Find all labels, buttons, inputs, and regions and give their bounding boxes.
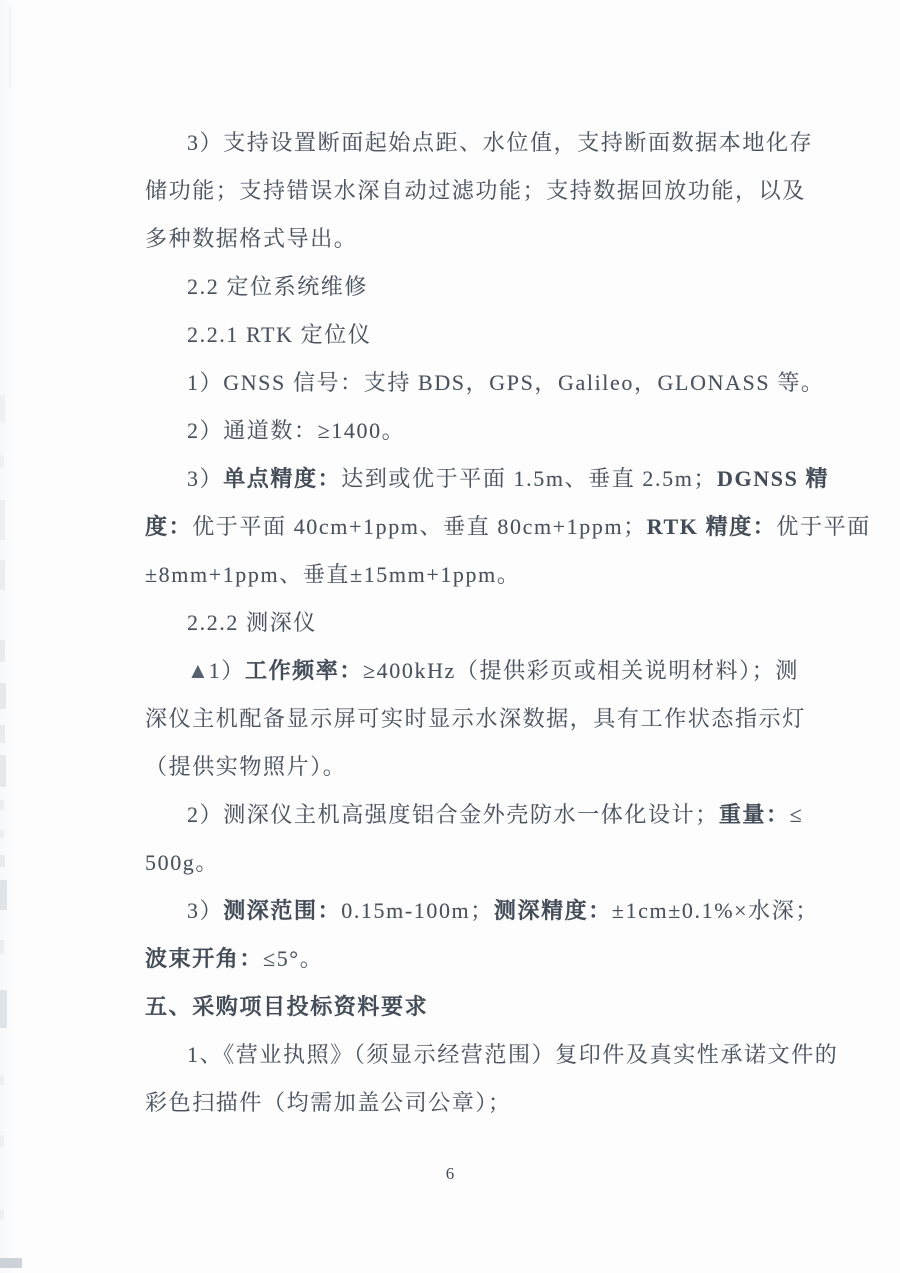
clause-housing-weight-line: 500g。 (145, 839, 770, 887)
clause-3-section-data-features-line: 多种数据格式导出。 (145, 215, 770, 263)
document-body: 3）支持设置断面起始点距、水位值，支持断面数据本地化存储功能；支持错误水深自动过… (145, 119, 770, 1127)
heading-2-2-2-echo-sounder-line: 2.2.2 测深仪 (145, 599, 770, 647)
scan-smudge (0, 683, 6, 709)
scan-smudge (0, 1075, 4, 1085)
clause-point-accuracy-line: 度：优于平面 40cm+1ppm、垂直 80cm+1ppm；RTK 精度：优于平… (145, 503, 770, 551)
clause-business-license-line: 1、《营业执照》（须显示经营范围）复印件及真实性承诺文件的 (145, 1031, 770, 1079)
clause-working-frequency-line: 深仪主机配备显示屏可实时显示水深数据，具有工作状态指示灯 (145, 695, 770, 743)
scan-smudge (0, 1135, 4, 1147)
heading-section-5-bid-documents-line: 五、采购项目投标资料要求 (145, 983, 770, 1031)
clause-working-frequency-line: ▲1）工作频率：≥400kHz（提供彩页或相关说明材料）；测 (145, 647, 770, 695)
clause-channel-count-line: 2）通道数：≥1400。 (145, 407, 770, 455)
scan-smudge (0, 940, 4, 954)
heading-2-2-positioning-system-line: 2.2 定位系统维修 (145, 263, 770, 311)
scan-smudge (0, 880, 7, 910)
clause-business-license-line: 彩色扫描件（均需加盖公司公章）； (145, 1079, 770, 1127)
scan-smudge (0, 830, 4, 838)
clause-point-accuracy-line: 3）单点精度：达到或优于平面 1.5m、垂直 2.5m；DGNSS 精 (145, 455, 770, 503)
clause-housing-weight-line: 2）测深仪主机高强度铝合金外壳防水一体化设计；重量：≤ (145, 791, 770, 839)
clause-gnss-signal-line: 1）GNSS 信号：支持 BDS，GPS，Galileo，GLONASS 等。 (145, 359, 770, 407)
scan-smudge (0, 455, 4, 469)
scan-smudge (0, 855, 5, 867)
scan-smudge (0, 1210, 4, 1220)
scan-smudge (0, 500, 5, 540)
scan-smudge (0, 640, 5, 662)
scan-smudge (0, 800, 4, 810)
scan-smudge (0, 560, 5, 590)
clause-depth-range-accuracy-line: 3）测深范围：0.15m-100m；测深精度：±1cm±0.1%×水深； (145, 887, 770, 935)
scan-smudge (9, 6, 11, 88)
scan-smudge (0, 1258, 22, 1268)
scan-smudge (0, 990, 7, 1028)
heading-2-2-1-rtk-line: 2.2.1 RTK 定位仪 (145, 311, 770, 359)
scan-smudge (0, 725, 5, 743)
triangle-marker-icon: ▲ (187, 658, 209, 683)
clause-3-section-data-features-line: 储功能；支持错误水深自动过滤功能；支持数据回放功能，以及 (145, 167, 770, 215)
scan-smudge (0, 755, 6, 787)
clause-point-accuracy-line: ±8mm+1ppm、垂直±15mm+1ppm。 (145, 551, 770, 599)
clause-depth-range-accuracy-line: 波束开角：≤5°。 (145, 935, 770, 983)
scan-smudge (0, 395, 5, 423)
clause-3-section-data-features-line: 3）支持设置断面起始点距、水位值，支持断面数据本地化存 (145, 119, 770, 167)
page-number: 6 (0, 1164, 900, 1184)
clause-working-frequency-line: （提供实物照片）。 (145, 743, 770, 791)
